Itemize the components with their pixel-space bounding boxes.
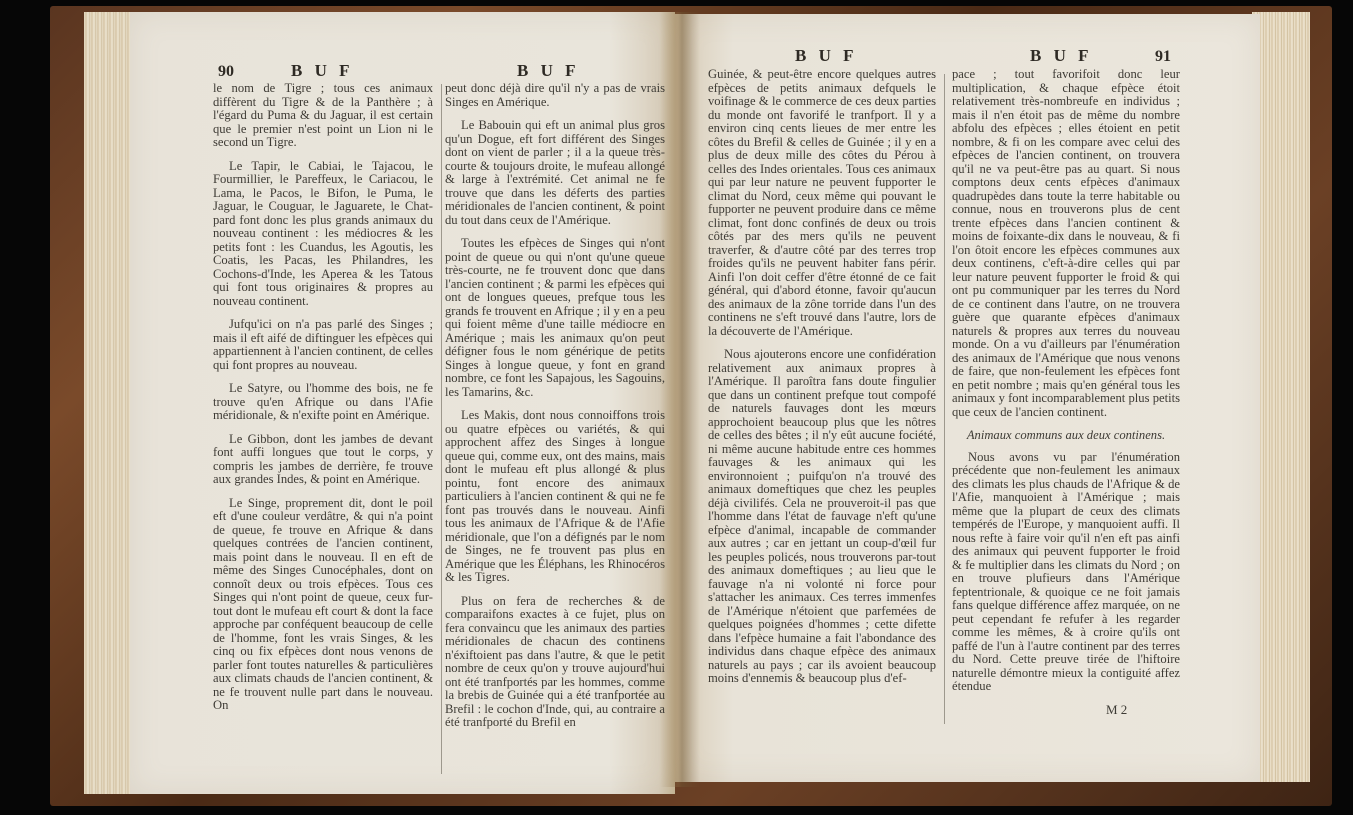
running-head-left-col2: B U F	[517, 61, 580, 81]
column-rule	[944, 74, 945, 724]
paragraph: Nous ajouterons encore une confidération…	[708, 348, 936, 686]
running-head-left-col1: B U F	[291, 61, 354, 81]
running-head-right-col1: B U F	[795, 46, 858, 66]
paragraph: Guinée, & peut-être encore quelques autr…	[708, 68, 936, 338]
paragraph: Plus on fera de recherches & de comparai…	[445, 595, 665, 730]
right-page-column-1: Guinée, & peut-être encore quelques autr…	[708, 68, 936, 696]
running-head-right-col2: B U F	[1030, 46, 1093, 66]
paragraph: pace ; tout favorifoit donc leur multipl…	[952, 68, 1180, 419]
paragraph: Les Makis, dont nous connoiffons trois o…	[445, 409, 665, 585]
paragraph: Toutes les efpèces de Singes qui n'ont p…	[445, 237, 665, 399]
page-edges-left	[84, 12, 134, 794]
signature-mark: M 2	[1106, 702, 1127, 718]
column-rule	[441, 84, 442, 774]
book-gutter	[660, 12, 700, 787]
section-subheading: Animaux communs aux deux continens.	[952, 429, 1180, 443]
paragraph: Jufqu'ici on n'a pas parlé des Singes ; …	[213, 318, 433, 372]
right-page-column-2: pace ; tout favorifoit donc leur multipl…	[952, 68, 1180, 704]
paragraph: Le Tapir, le Cabiai, le Tajacou, le Four…	[213, 160, 433, 309]
paragraph: Nous avons vu par l'énumération précéden…	[952, 451, 1180, 694]
paragraph: le nom de Tigre ; tous ces animaux diffè…	[213, 82, 433, 150]
paragraph: Le Satyre, ou l'homme des bois, ne fe tr…	[213, 382, 433, 423]
page-number-left: 90	[218, 63, 234, 81]
page-number-right: 91	[1155, 48, 1171, 66]
page-edges-right	[1252, 12, 1310, 782]
paragraph: Le Babouin qui eft un animal plus gros q…	[445, 119, 665, 227]
paragraph: Le Singe, proprement dit, dont le poil e…	[213, 497, 433, 713]
left-page-column-2: peut donc déjà dire qu'il n'y a pas de v…	[445, 82, 665, 740]
paragraph: peut donc déjà dire qu'il n'y a pas de v…	[445, 82, 665, 109]
paragraph: Le Gibbon, dont les jambes de devant fon…	[213, 433, 433, 487]
left-page-column-1: le nom de Tigre ; tous ces animaux diffè…	[213, 82, 433, 723]
